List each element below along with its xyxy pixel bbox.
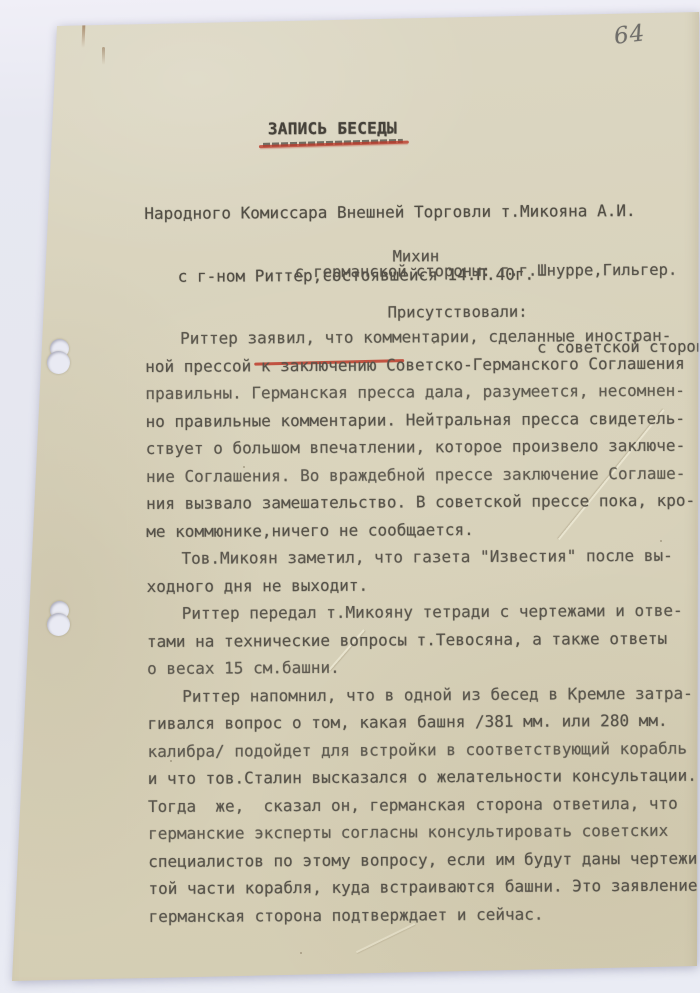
text-line: специалистов по этому вопросу, если им б… xyxy=(148,844,697,875)
text-line: ния вызвало замешательство. В советской … xyxy=(146,487,695,518)
text-line: гивался вопрос о том, какая башня /381 м… xyxy=(147,707,696,738)
text-line: Риттер напомнил, что в одной из бесед в … xyxy=(147,679,696,710)
text-line: ходного дня не выходит. xyxy=(146,569,695,600)
subtitle-line-1: Народного Комиссара Внешней Торговли т.М… xyxy=(144,200,635,224)
text-line: правильны. Германская пресса дала, разум… xyxy=(145,377,694,408)
body-paragraphs: Риттер заявил, что комментарии, сделанны… xyxy=(145,322,698,930)
paper-shadow: 64 ЗАПИСЬ БЕСЕДЫ Народного Комиссара Вне… xyxy=(0,0,700,993)
text-line: ме коммюнике,ничего не сообщается. xyxy=(146,514,695,545)
text-line: о весах 15 см.башни. xyxy=(147,652,696,683)
text-line: и что тов.Сталин высказался о желательно… xyxy=(148,762,697,793)
text-line: Риттер заявил, что комментарии, сделанны… xyxy=(145,322,694,353)
attendees-line-german: с германской стороны: г.г.Шнурре,Гильгер… xyxy=(295,261,678,281)
text-line: но правильные комментарии. Нейтральная п… xyxy=(145,404,694,435)
page-number: 64 xyxy=(613,20,647,50)
text-line: тами на технические вопросы т.Тевосяна, … xyxy=(147,624,696,655)
text-line: Тов.Микоян заметил, что газета "Известия… xyxy=(146,542,695,573)
text-line: Тогда же, сказал он, германская сторона … xyxy=(148,789,697,820)
text-line: ствует о большом впечатлении, которое пр… xyxy=(146,432,695,463)
document-title: ЗАПИСЬ БЕСЕДЫ xyxy=(268,118,397,138)
text-line: ной прессой к заключению Советско-Герман… xyxy=(145,349,694,380)
title-block: ЗАПИСЬ БЕСЕДЫ xyxy=(268,118,397,138)
document-page: 64 ЗАПИСЬ БЕСЕДЫ Народного Комиссара Вне… xyxy=(0,0,700,993)
text-line: ние Соглашения. Во враждебной прессе зак… xyxy=(146,459,695,490)
text-line: германские эксперты согласны консультиро… xyxy=(148,817,697,848)
paragraph: Риттер заявил, что комментарии, сделанны… xyxy=(145,322,695,545)
text-line: той части корабля, куда встраиваются баш… xyxy=(148,872,697,903)
stain xyxy=(82,21,86,48)
speck xyxy=(300,952,302,954)
text-line: Риттер передал т.Микояну тетради с черте… xyxy=(147,597,696,628)
text-line: германская сторона подтверждает и сейчас… xyxy=(149,899,698,930)
stain xyxy=(102,47,105,65)
text-line: калибра/ подойдет для встройки в соответ… xyxy=(148,734,697,765)
paragraph: Риттер передал т.Микояну тетради с черте… xyxy=(147,597,697,683)
scan-background: 64 ЗАПИСЬ БЕСЕДЫ Народного Комиссара Вне… xyxy=(0,0,700,993)
paragraph: Тов.Микоян заметил, что газета "Известия… xyxy=(146,542,695,600)
paragraph: Риттер напомнил, что в одной из бесед в … xyxy=(147,679,698,930)
